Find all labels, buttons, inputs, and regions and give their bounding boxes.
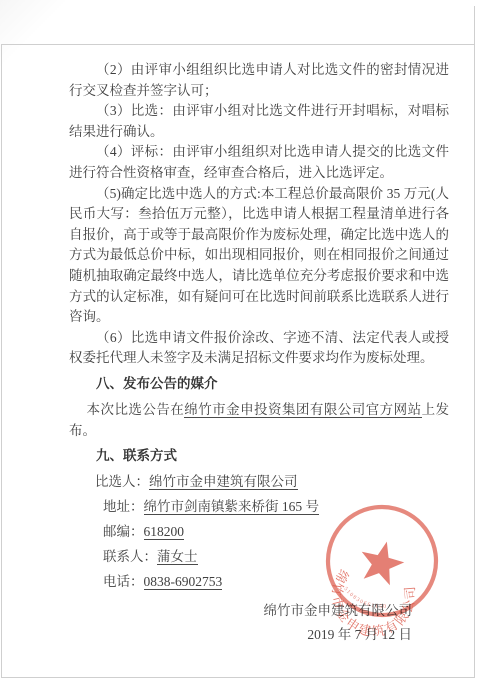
contact-label: 地址： (103, 499, 144, 514)
contact-value: 绵竹市金申建筑有限公司 (149, 474, 298, 490)
announcement-website: 绵竹市金申投资集团有限公司官方网站 (184, 402, 421, 418)
contact-label: 邮编： (103, 524, 144, 539)
contact-value: 618200 (144, 524, 185, 540)
clause-3: （3）比选：由评审小组对比选文件进行开封唱标，对唱标结果进行确认。 (69, 101, 449, 142)
document-body: （2）由评审小组组织比选申请人对比选文件的密封情况进行交叉检查并签字认可； （3… (69, 60, 449, 647)
contact-label: 电话： (103, 574, 144, 589)
announcement-line: 本次比选公告在绵竹市金申投资集团有限公司官方网站上发布。 (69, 399, 449, 441)
contact-row-bidder: 比选人：绵竹市金申建筑有限公司 (69, 472, 449, 492)
signature-company: 绵竹市金申建筑有限公司 (69, 599, 412, 623)
contact-row-person: 联系人：蒲女士 (69, 547, 449, 567)
contact-row-address: 地址：绵竹市剑南镇紫来桥街 165 号 (69, 497, 449, 517)
clause-2: （2）由评审小组组织比选申请人对比选文件的密封情况进行交叉检查并签字认可； (69, 60, 449, 101)
clause-5: （5)确定比选中选人的方式:本工程总价最高限价 35 万元(人民币大写：叁拾伍万… (69, 184, 449, 328)
section-heading-contact: 九、联系方式 (69, 445, 449, 466)
contact-value: 绵竹市剑南镇紫来桥街 165 号 (144, 499, 320, 515)
signature-date: 2019 年 7 月 12 日 (69, 623, 412, 647)
section-heading-media: 八、发布公告的媒介 (69, 373, 449, 394)
contact-value: 0838-6902753 (144, 574, 223, 590)
contact-row-postcode: 邮编：618200 (69, 522, 449, 542)
scanned-page: （2）由评审小组组织比选申请人对比选文件的密封情况进行交叉检查并签字认可； （3… (0, 0, 481, 680)
page-edge-top (1, 44, 474, 45)
page-edge-bottom (1, 677, 475, 678)
page-edge-right (474, 6, 475, 677)
clause-4: （4）评标：由评审小组组织对比选申请人提交的比选文件进行符合性资格审查，经审查合… (69, 142, 449, 183)
contact-row-phone: 电话：0838-6902753 (69, 572, 449, 592)
signature-block: 绵竹市金申建筑有限公司 2019 年 7 月 12 日 (69, 599, 449, 647)
contact-list: 比选人：绵竹市金申建筑有限公司 地址：绵竹市剑南镇紫来桥街 165 号 邮编：6… (69, 472, 449, 592)
announcement-prefix: 本次比选公告在 (87, 402, 185, 417)
contact-label: 比选人： (95, 474, 149, 489)
page-edge-left (1, 44, 2, 677)
clause-6: （6）比选申请文件报价涂改、字迹不清、法定代表人或授权委托代理人未签字及未满足招… (69, 328, 449, 369)
contact-label: 联系人： (103, 549, 157, 564)
contact-value: 蒲女士 (157, 549, 198, 565)
